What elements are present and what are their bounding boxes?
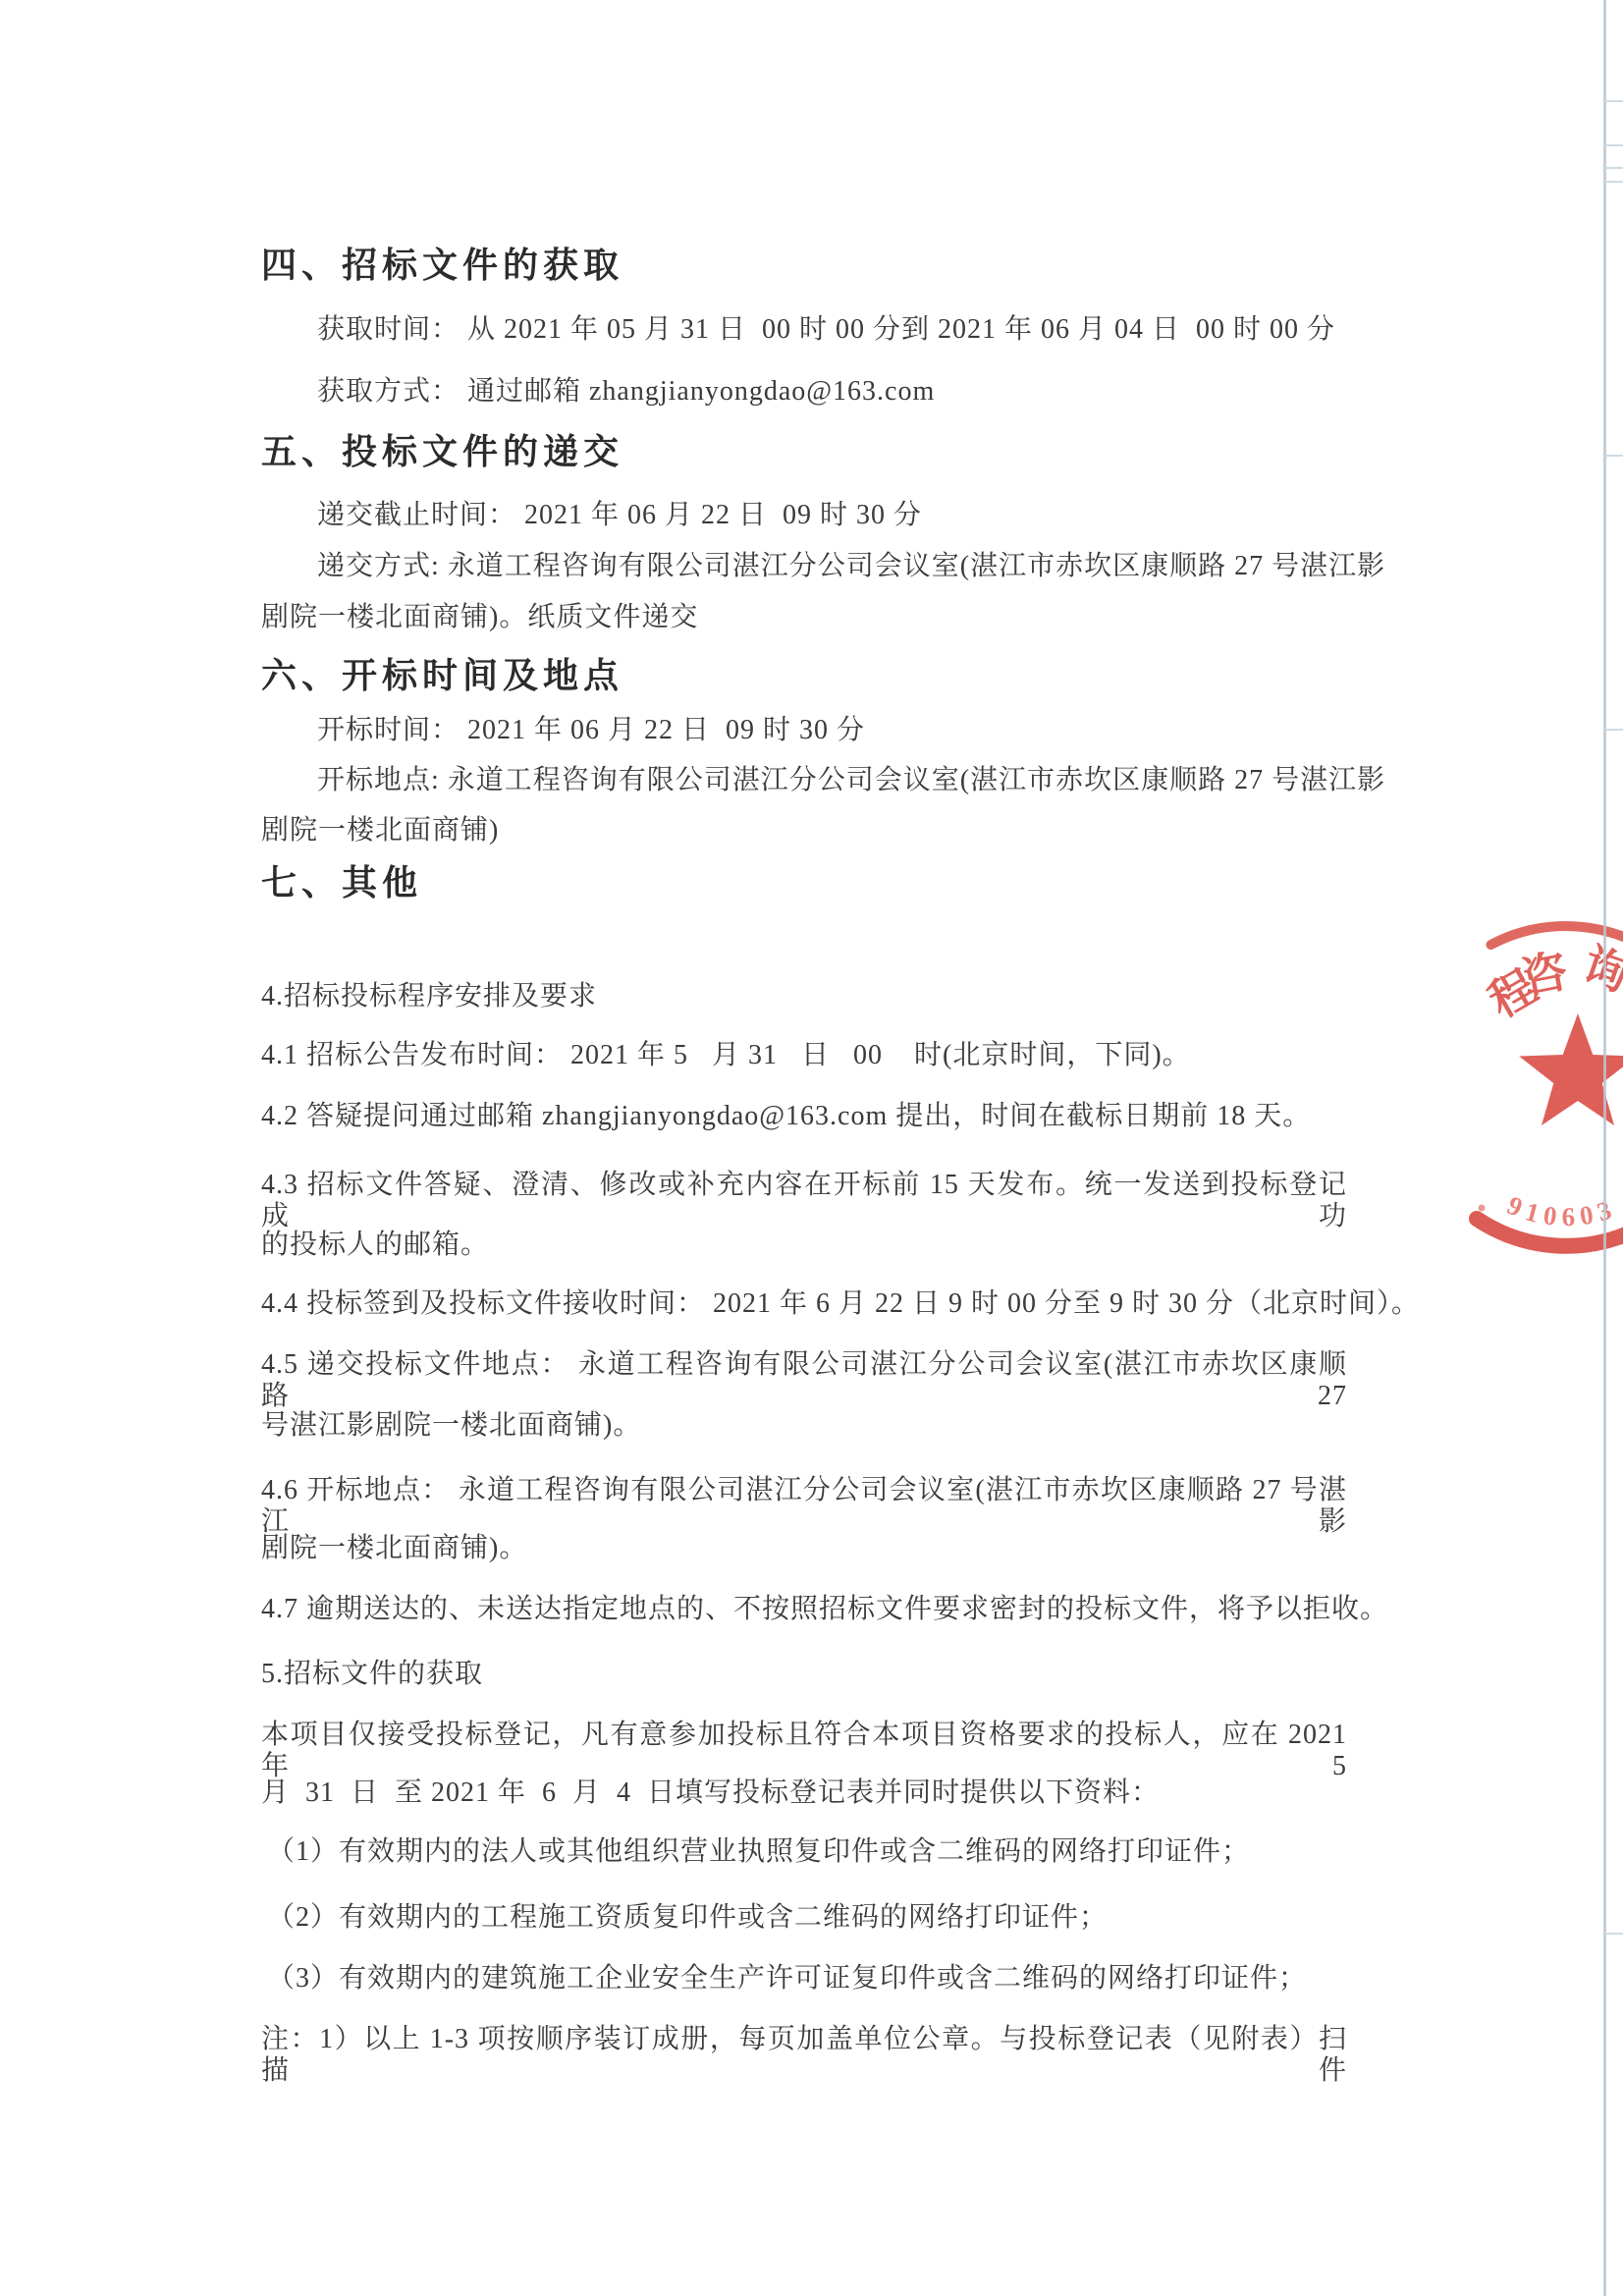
item-4-6-cont: 剧院一楼北面商铺)。 [261,1533,527,1564]
scan-edge-tick [1604,181,1623,183]
scan-edge-tick [1604,1933,1623,1935]
deadline-line: 递交截止时间： 2021 年 06 月 22 日 09 时 30 分 [317,500,922,531]
open-place-line-2: 剧院一楼北面商铺) [261,815,499,847]
section-heading-6: 六、开标时间及地点 [261,656,623,696]
section-heading-4: 四、招标文件的获取 [261,246,623,286]
submit-method-line-2: 剧院一楼北面商铺)。纸质文件递交 [261,602,698,633]
scan-edge-tick [1604,455,1623,457]
open-time-line: 开标时间： 2021 年 06 月 22 日 09 时 30 分 [317,715,865,746]
note-line: 注：1）以上 1-3 项按顺序装订成册，每页加盖单位公章。与投标登记表（见附表）… [261,2024,1347,2087]
item-4-5-cont: 号湛江影剧院一楼北面商铺)。 [261,1410,641,1442]
section-heading-7: 七、其他 [261,863,422,903]
item-5-req-3: （3）有效期内的建筑施工企业安全生产许可证复印件或含二维码的网络打印证件； [267,1963,1307,1995]
item-4-5: 4.5 递交投标文件地点： 永道工程咨询有限公司湛江分公司会议室(湛江市赤坎区康… [261,1349,1347,1412]
submit-method-line: 递交方式: 永道工程咨询有限公司湛江分公司会议室(湛江市赤坎区康顺路 27 号湛… [317,551,1346,582]
item-4-2: 4.2 答疑提问通过邮箱 zhangjianyongdao@163.com 提出… [261,1101,1311,1132]
section-heading-5: 五、投标文件的递交 [261,432,623,472]
obtain-time-line: 获取时间： 从 2021 年 05 月 31 日 00 时 00 分到 2021… [317,314,1335,346]
item-5-para-1: 本项目仅接受投标登记，凡有意参加投标且符合本项目资格要求的投标人，应在 2021… [261,1720,1347,1782]
item-5-para-2: 月 31 日 至 2021 年 6 月 4 日填写投标登记表并同时提供以下资料： [261,1777,1160,1809]
item-4-1: 4.1 招标公告发布时间： 2021 年 5 月 31 日 00 时(北京时间，… [261,1040,1191,1071]
scan-edge-tick [1604,167,1623,169]
item-4-4: 4.4 投标签到及投标文件接收时间： 2021 年 6 月 22 日 9 时 0… [261,1288,1420,1320]
item-4-7: 4.7 逾期送达的、未送达指定地点的、不按照招标文件要求密封的投标文件，将予以拒… [261,1594,1388,1625]
open-place-line: 开标地点: 永道工程咨询有限公司湛江分公司会议室(湛江市赤坎区康顺路 27 号湛… [317,765,1346,796]
scan-edge-tick [1604,144,1623,146]
item-4-3-cont: 的投标人的邮箱。 [261,1230,489,1261]
item-4: 4.招标投标程序安排及要求 [261,981,597,1012]
obtain-method-line: 获取方式： 通过邮箱 zhangjianyongdao@163.com [317,376,935,408]
scan-edge-tick [1604,729,1623,731]
item-5: 5.招标文件的获取 [261,1659,483,1690]
item-5-req-2: （2）有效期内的工程施工资质复印件或含二维码的网络打印证件； [267,1902,1108,1934]
scan-edge-tick [1604,100,1623,102]
item-4-6: 4.6 开标地点： 永道工程咨询有限公司湛江分公司会议室(湛江市赤坎区康顺路 2… [261,1475,1347,1538]
item-5-req-1: （1）有效期内的法人或其他组织营业执照复印件或含二维码的网络打印证件； [267,1836,1250,1868]
document-page: 四、招标文件的获取获取时间： 从 2021 年 05 月 31 日 00 时 0… [0,0,1623,2296]
item-4-3: 4.3 招标文件答疑、澄清、修改或补充内容在开标前 15 天发布。统一发送到投标… [261,1170,1347,1232]
scan-edge-line [1603,0,1606,2296]
